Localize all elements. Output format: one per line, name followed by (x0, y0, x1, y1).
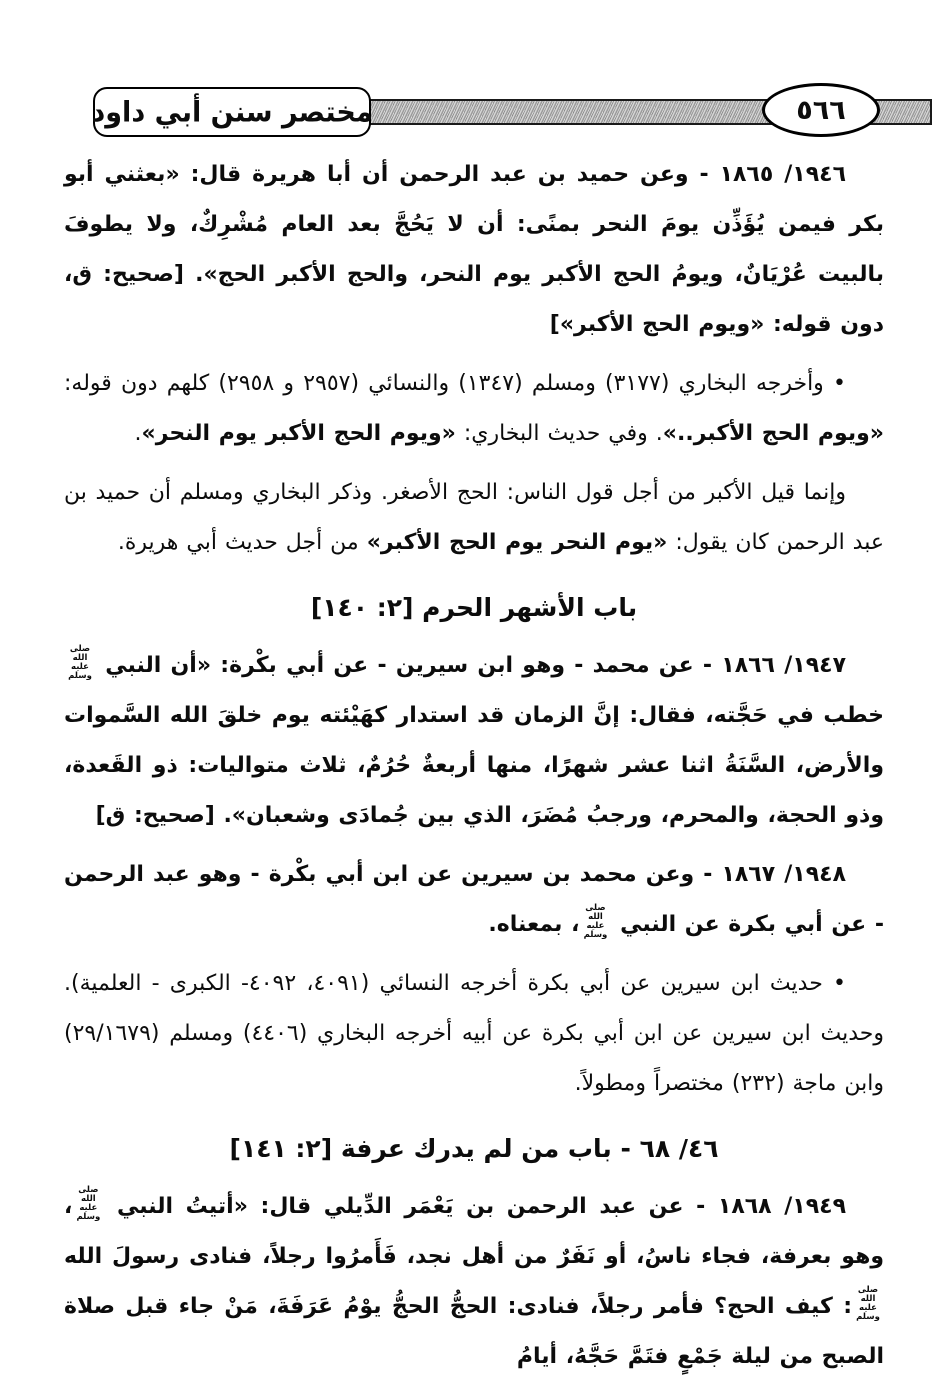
book-title-box: مختصر سنن أبي داود (93, 87, 371, 137)
chapter-heading-missed-arafah: ٤٦/ ٦٨ - باب من لم يدرك عرفة [٢: ١٤١] (64, 1126, 884, 1172)
text-segment: ، بمعناه. (488, 912, 579, 937)
text-segment: ١٩٤٨/ ١٨٦٧ - وعن محمد بن سيرين عن ابن أب… (64, 862, 884, 937)
text-segment: ١٩٤٩/ ١٨٦٨ - عن عبد الرحمن بن يَعْمَر ال… (104, 1194, 846, 1219)
salla-allahu-alayhi-wasallam-mark: صلى الله عليه وسلم (579, 904, 611, 940)
salla-allahu-alayhi-wasallam-mark: صلى الله عليه وسلم (852, 1286, 884, 1322)
takhrij-note: • حديث ابن سيرين عن أبي بكرة أخرجه النسا… (64, 959, 884, 1109)
takhrij-note: • وأخرجه البخاري (٣١٧٧) ومسلم (١٣٤٧) وال… (64, 359, 884, 459)
text-segment: • وأخرجه البخاري (٣١٧٧) ومسلم (١٣٤٧) وال… (64, 371, 846, 396)
text-segment: . (135, 421, 142, 446)
text-segment: «ويوم الحج الأكبر يوم النحر» (142, 421, 456, 446)
text-segment: ١٩٤٦/ ١٨٦٥ - وعن حميد بن عبد الرحمن أن أ… (64, 162, 884, 337)
hadith-paragraph-1947: ١٩٤٧/ ١٨٦٦ - عن محمد - وهو ابن سيرين - ع… (64, 641, 884, 841)
text-segment: من أجل حديث أبي هريرة. (118, 530, 367, 555)
salla-allahu-alayhi-wasallam-mark: صلى الله عليه وسلم (72, 1186, 104, 1222)
text-segment: «يوم النحر يوم الحج الأكبر» (367, 530, 668, 555)
hadith-paragraph-1949: ١٩٤٩/ ١٨٦٨ - عن عبد الرحمن بن يَعْمَر ال… (64, 1182, 884, 1382)
text-segment: خطب في حَجَّته، فقال: إنَّ الزمان قد است… (64, 703, 884, 828)
salla-allahu-alayhi-wasallam-mark: صلى الله عليه وسلم (64, 645, 96, 681)
page-header: مختصر سنن أبي داود ٥٦٦ (0, 0, 948, 140)
book-title: مختصر سنن أبي داود (91, 96, 372, 129)
page-body: ١٩٤٦/ ١٨٦٥ - وعن حميد بن عبد الرحمن أن أ… (64, 141, 884, 1391)
hadith-paragraph-1948: ١٩٤٨/ ١٨٦٧ - وعن محمد بن سيرين عن ابن أب… (64, 850, 884, 950)
chapter-heading-sacred-months: باب الأشهر الحرم [٢: ١٤٠] (64, 585, 884, 631)
text-segment: • حديث ابن سيرين عن أبي بكرة أخرجه النسا… (64, 971, 884, 1096)
book-page: مختصر سنن أبي داود ٥٦٦ ١٩٤٦/ ١٨٦٥ - وعن … (0, 0, 948, 1397)
page-number-badge: ٥٦٦ (762, 83, 880, 137)
hadith-paragraph-1946: ١٩٤٦/ ١٨٦٥ - وعن حميد بن عبد الرحمن أن أ… (64, 150, 884, 350)
text-segment: «ويوم الحج الأكبر..» (663, 421, 884, 446)
text-segment: : كيف الحج؟ فأمر رجلاً، فنادى: الحجُّ ال… (64, 1294, 884, 1369)
text-segment: . وفي حديث البخاري: (456, 421, 663, 446)
page-number: ٥٦٦ (796, 95, 845, 126)
text-segment: ١٩٤٧/ ١٨٦٦ - عن محمد - وهو ابن سيرين - ع… (96, 653, 846, 678)
commentary-note: وإنما قيل الأكبر من أجل قول الناس: الحج … (64, 468, 884, 568)
